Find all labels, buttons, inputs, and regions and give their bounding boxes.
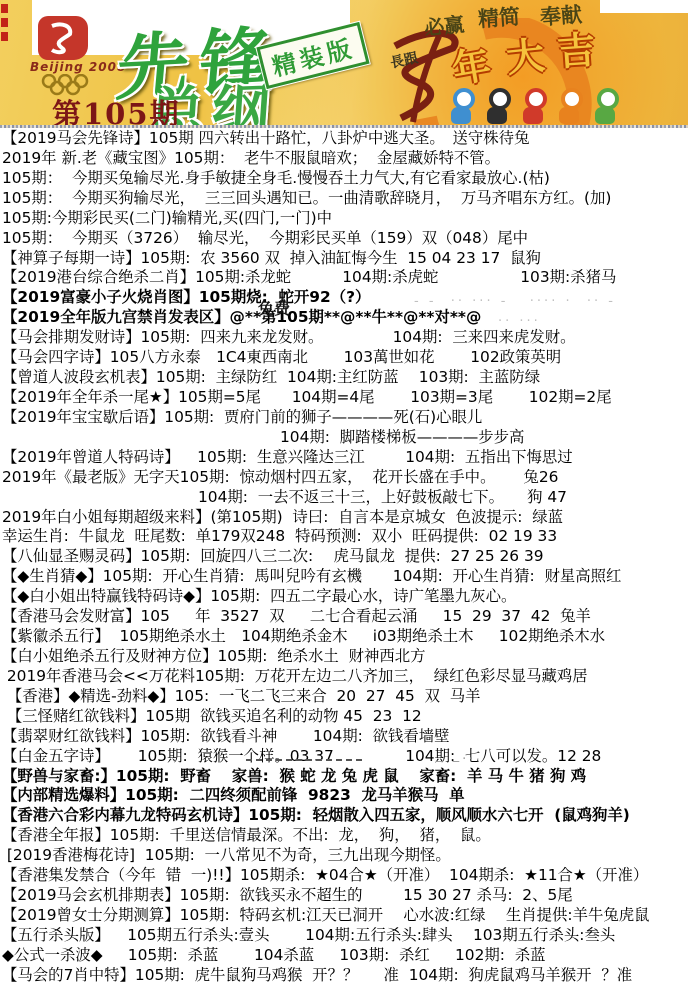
text-line: 【◆生肖猜◆】105期: 开心生肖猜: 馬叫兒吟有玄機 104期: 开心生肖猜:… xyxy=(0,567,688,587)
text-line: 105期： 今期买（3726） 输尽光， 今期彩民买单（159）双（048）尾中 xyxy=(0,229,688,249)
text-line: 【五行杀头版】 105期五行杀头:壹头 104期:五行杀头:肆头 103期五行杀… xyxy=(0,926,688,946)
text-line: 【2019年宝宝歇后语】105期: 贾府门前的狮子————死(石)心眼儿 xyxy=(0,408,688,428)
text-line: 【白小姐绝杀五行及财神方位】105期: 绝杀水土 财神西北方 xyxy=(0,647,688,667)
text-line: 【八仙显圣赐灵码】105期: 回旋四八三二次: 虎马鼠龙 提供: 27 25 2… xyxy=(0,547,688,567)
text-line: 【内部精选爆料】105期: 二四终须配前锋 9823 龙马羊猴马 单 xyxy=(0,786,688,806)
tip-sheet-text-block: 【2019马会先锋诗】105期 四六转出十路忙，八卦炉中逃大圣。 送守株待兔20… xyxy=(0,129,688,986)
beijing-2008-caption: Beijing 2008 xyxy=(30,60,126,74)
text-line: 104期: 脚踏楼梯板————步步高 xyxy=(0,428,688,448)
text-line: 2019年《最老版》无字天105期: 惊动烟村四五家， 花开长盛在手中。 兔26 xyxy=(0,468,688,488)
fuwa-mascot xyxy=(592,88,618,126)
left-edge-mark xyxy=(1,32,8,41)
faded-dashes: ·· ··· xyxy=(498,314,541,329)
text-line: [2019香港梅花诗] 105期: 一八常见不为奇，三九出现今期怪。 xyxy=(0,846,688,866)
text-line: 【野兽与家畜:】105期: 野畜 家兽: 猴 蛇 龙 兔 虎 鼠 家畜: 羊 马… xyxy=(0,767,688,787)
text-line: 【马会四字诗】105八方永泰 1C4東西南北 103萬世如花 102政策英明 xyxy=(0,348,688,368)
banner-bottom-noise-strip xyxy=(0,125,688,128)
text-line: 【◆白小姐出特赢钱特码诗◆】105期: 四五二字最心水，诗广笔墨九灰心。 xyxy=(0,587,688,607)
fuwa-mascot xyxy=(448,88,474,126)
text-line: 【香港】◆精选-劲料◆】105: 一飞二飞三来合 20 27 45 双 马羊 xyxy=(0,687,688,707)
text-line: 【2019曾女士分期测算】105期: 特码玄机:江天已洞开 心水波:红绿 生肖提… xyxy=(0,906,688,926)
text-line: 【香港六合彩内幕九龙特码玄机诗】105期: 轻烟散入四五家，顺风顺水六七开 (鼠… xyxy=(0,806,688,826)
text-line: 【神算子每期一诗】105期: 农 3560 双 掉入油缸悔今生 15 04 23… xyxy=(0,249,688,269)
fuwa-mascot xyxy=(520,88,546,126)
text-line: 【曾道人波段玄机表】105期: 主绿防红 104期:主红防蓝 103期: 主蓝防… xyxy=(0,368,688,388)
text-line: ◆公式一杀波◆ 105期: 杀蓝 104杀蓝 103期: 杀红 102期: 杀蓝 xyxy=(0,946,688,966)
text-line: 幸运生肖: 牛鼠龙 旺尾数: 单179双248 特码预测: 双小 旺码提供: 0… xyxy=(0,527,688,547)
issue-number-label: 第105期 xyxy=(52,92,181,128)
text-line: 105期： 今期买狗输尽光， 三三回头遇知已。一曲清歌辞晓月， 万马齐唱东方红。… xyxy=(0,189,688,209)
text-line: 【三怪赌红欲钱料】105期 欲钱买追名利的动物 45 23 12 xyxy=(0,707,688,727)
text-line: 【马会的7肖中特】105期: 虎牛鼠狗马鸡猴 开？？ 准 104期: 狗虎鼠鸡马… xyxy=(0,966,688,986)
text-line: 【2019马会先锋诗】105期 四六转出十路忙，八卦炉中逃大圣。 送守株待兔 xyxy=(0,129,688,149)
text-line: 【翡翠财红欲钱料】105期: 欲钱看斗神 104期: 欲钱看墙壁 xyxy=(0,727,688,747)
text-line: 2019年白小姐每期超级来料】(第105期) 诗曰: 自言本是京城女 色波提示:… xyxy=(0,508,688,528)
slogan-jingjian: 精简 xyxy=(477,1,521,34)
text-line: 【香港马会发财富】105 年 3527 双 二七合看起云涌 15 29 37 4… xyxy=(0,607,688,627)
text-line: 【2019年全年杀一尾★】105期=5尾 104期=4尾 103期=3尾 102… xyxy=(0,388,688,408)
text-line: 【香港全年报】105期: 千里送信情最深。不出: 龙， 狗， 猪， 鼠。 xyxy=(0,826,688,846)
swirl-char: 大 xyxy=(503,24,547,83)
text-line: 【白金五字诗】 105期: 猿猴一个样。03 37 104期: 七八可以发。12… xyxy=(0,747,688,767)
beijing-2008-emblem-icon xyxy=(38,16,88,60)
text-line: 【香港集发禁合（今年 错 一)!!】105期杀: ★04合★（开准） 104期杀… xyxy=(0,866,688,886)
banner: 年 大 吉 Beijing 2008 先锋 总纲 精装版 必赢 精简 奉献 長跟… xyxy=(0,0,688,128)
text-line: 2019年 新.老《藏宝图》105期： 老牛不服鼠暗欢； 金屋藏娇特不管。 xyxy=(0,149,688,169)
text-line: 【2019港台综合绝杀二肖】105期:杀龙蛇 104期:杀虎蛇 103期:杀猪马 xyxy=(0,268,688,288)
left-edge-mark xyxy=(1,4,8,13)
text-line: 【紫徽杀五行】 105期绝杀水土 104期绝杀金木 i03期绝杀土木 102期绝… xyxy=(0,627,688,647)
banner-white-patch-right xyxy=(600,0,688,13)
faded-dashes: _ _.. xyxy=(436,748,476,763)
slogan-biying: 必赢 xyxy=(423,8,466,41)
underline-mark xyxy=(246,759,362,761)
text-line: 【马会排期发财诗】105期: 四来九来龙发财。 104期: 三来四来虎发财。 xyxy=(0,328,688,348)
text-line: 105期:今期彩民买(二门)输精光,买(四门,一门)中 xyxy=(0,209,688,229)
text-line: 2019年香港马会<<万花料105期: 万花开左边二八齐加三， 绿红色彩尽显马藏… xyxy=(0,667,688,687)
free-overlay-label: 免费 xyxy=(258,296,290,319)
text-line: 【2019年曾道人特码诗】 105期: 生意兴隆达三江 104期: 五指出下悔思… xyxy=(0,448,688,468)
text-line: 【2019全年版九宫禁肖发表区】@**第105期**@**牛**@**对**@ xyxy=(0,308,688,328)
fuwa-mascots-row xyxy=(448,88,648,126)
left-edge-mark xyxy=(1,18,8,27)
text-line: 105期： 今期买兔输尽光.身手敏捷全身毛.慢慢吞土力气大,有它看家最放心.(枯… xyxy=(0,169,688,189)
slogan-fengxian: 奉献 xyxy=(539,0,583,31)
fuwa-mascot xyxy=(556,88,582,126)
text-line: 104期: 一去不返三十三，上好鼓板敲七下。 狗 47 xyxy=(0,488,688,508)
fuwa-mascot xyxy=(484,88,510,126)
faded-dashes: - - ·· ··· - ···· · ·· - xyxy=(414,294,616,309)
text-line: 【2019马会玄机排期表】105期: 欲钱买永不超生的 15 30 27 杀马:… xyxy=(0,886,688,906)
